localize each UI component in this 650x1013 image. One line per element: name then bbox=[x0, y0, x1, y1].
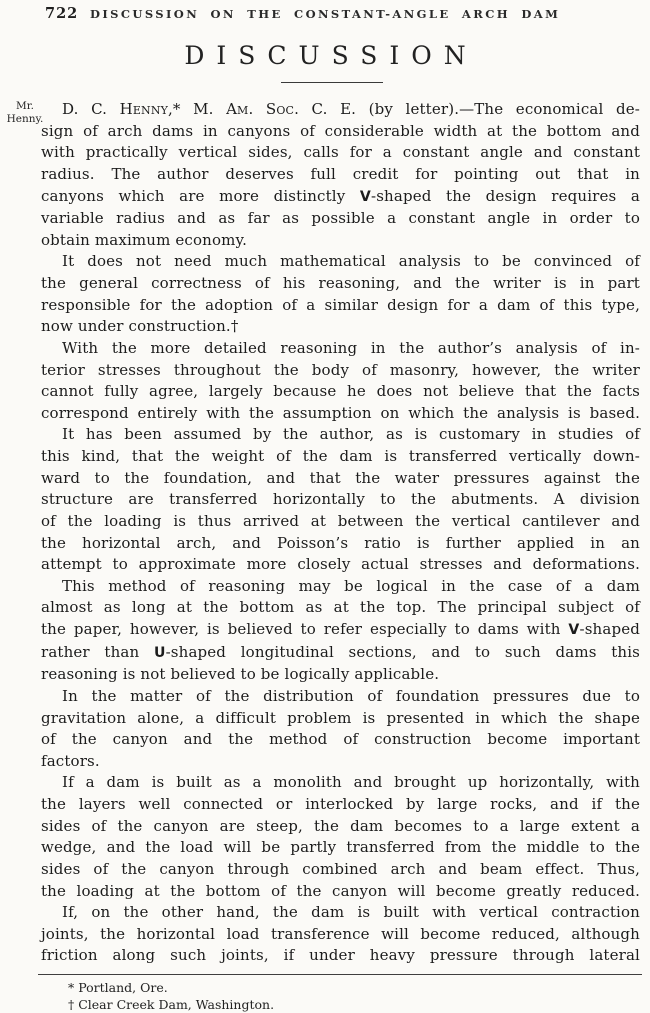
text-line: factors. bbox=[41, 751, 640, 773]
text-line: of the canyon and the method of construc… bbox=[41, 729, 640, 751]
text-line: the layers well connected or interlocked… bbox=[41, 794, 640, 816]
small-caps-name: Henny bbox=[120, 100, 168, 118]
text-line: correspond entirely with the assumption … bbox=[41, 403, 640, 425]
scanned-page: 722 DISCUSSION ON THE CONSTANT-ANGLE ARC… bbox=[0, 0, 650, 1013]
text-line: with practically vertical sides, calls f… bbox=[41, 142, 640, 164]
text-line: sides of the canyon through combined arc… bbox=[41, 859, 640, 881]
text-line: sides of the canyon are steep, the dam b… bbox=[41, 816, 640, 838]
section-title: DISCUSSION bbox=[0, 41, 650, 70]
small-caps-name: Am. Soc. C. E. bbox=[226, 100, 356, 118]
footnote-line: * Portland, Ore. bbox=[68, 980, 274, 997]
text-line: variable radius and as far as possible a… bbox=[41, 208, 640, 230]
bold-sans-letter: U bbox=[154, 645, 166, 661]
text-line: rather than U-shaped longitudinal sectio… bbox=[41, 642, 640, 665]
paragraph: D. C. Henny,* M. Am. Soc. C. E. (by lett… bbox=[41, 99, 640, 251]
paragraphs: D. C. Henny,* M. Am. Soc. C. E. (by lett… bbox=[41, 99, 640, 967]
text-line: D. C. Henny,* M. Am. Soc. C. E. (by lett… bbox=[41, 99, 640, 121]
paragraph: If a dam is built as a monolith and brou… bbox=[41, 772, 640, 902]
title-rule bbox=[281, 82, 383, 83]
text-line: reasoning is not believed to be logicall… bbox=[41, 664, 640, 686]
text-line: radius. The author deserves full credit … bbox=[41, 164, 640, 186]
footnotes: * Portland, Ore.† Clear Creek Dam, Washi… bbox=[68, 980, 274, 1013]
page-number: 722 bbox=[45, 5, 78, 22]
text-line: wedge, and the load will be partly trans… bbox=[41, 837, 640, 859]
text-line: It does not need much mathematical analy… bbox=[41, 251, 640, 273]
page-header: 722 DISCUSSION ON THE CONSTANT-ANGLE ARC… bbox=[0, 5, 650, 23]
paragraph: It has been assumed by the author, as is… bbox=[41, 424, 640, 575]
paragraph: With the more detailed reasoning in the … bbox=[41, 338, 640, 425]
text-line: the horizontal arch, and Poisson’s ratio… bbox=[41, 533, 640, 555]
text-line: sign of arch dams in canyons of consider… bbox=[41, 121, 640, 143]
text-line: terior stresses throughout the body of m… bbox=[41, 360, 640, 382]
text-line: this kind, that the weight of the dam is… bbox=[41, 446, 640, 468]
text-line: ward to the foundation, and that the wat… bbox=[41, 468, 640, 490]
text-line: the general correctness of his reasoning… bbox=[41, 273, 640, 295]
paragraph: It does not need much mathematical analy… bbox=[41, 251, 640, 338]
running-head: DISCUSSION ON THE CONSTANT-ANGLE ARCH DA… bbox=[90, 7, 540, 21]
footnote-line: † Clear Creek Dam, Washington. bbox=[68, 997, 274, 1013]
bold-sans-letter: V bbox=[568, 622, 579, 638]
text-line: responsible for the adoption of a simila… bbox=[41, 295, 640, 317]
text-line: joints, the horizontal load transference… bbox=[41, 924, 640, 946]
paragraph: This method of reasoning may be logical … bbox=[41, 576, 640, 686]
text-line: gravitation alone, a difficult problem i… bbox=[41, 708, 640, 730]
text-line: canyons which are more distinctly V-shap… bbox=[41, 186, 640, 209]
text-line: In the matter of the distribution of fou… bbox=[41, 686, 640, 708]
text-line: This method of reasoning may be logical … bbox=[41, 576, 640, 598]
text-line: With the more detailed reasoning in the … bbox=[41, 338, 640, 360]
bold-sans-letter: V bbox=[360, 189, 371, 205]
text-line: the loading at the bottom of the canyon … bbox=[41, 881, 640, 903]
text-line: cannot fully agree, largely because he d… bbox=[41, 381, 640, 403]
paragraph: If, on the other hand, the dam is built … bbox=[41, 902, 640, 967]
text-line: friction along such joints, if under hea… bbox=[41, 945, 640, 967]
text-line: the paper, however, is believed to refer… bbox=[41, 619, 640, 642]
text-line: If a dam is built as a monolith and brou… bbox=[41, 772, 640, 794]
footnote-rule bbox=[38, 974, 642, 975]
text-line: of the loading is thus arrived at betwee… bbox=[41, 511, 640, 533]
text-line: almost as long at the bottom as at the t… bbox=[41, 597, 640, 619]
text-line: It has been assumed by the author, as is… bbox=[41, 424, 640, 446]
text-line: structure are transferred horizontally t… bbox=[41, 489, 640, 511]
text-line: obtain maximum economy. bbox=[41, 230, 640, 252]
text-line: attempt to approximate more closely actu… bbox=[41, 554, 640, 576]
text-line: now under construction.† bbox=[41, 316, 640, 338]
paragraph: In the matter of the distribution of fou… bbox=[41, 686, 640, 773]
text-line: If, on the other hand, the dam is built … bbox=[41, 902, 640, 924]
